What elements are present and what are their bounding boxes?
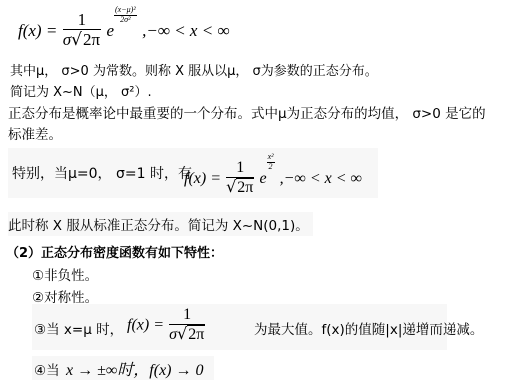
- property-1: ①非负性。: [32, 264, 98, 284]
- fraction-denominator: σ√2π: [63, 30, 101, 51]
- radicand: 2π: [236, 178, 254, 196]
- formula-range: ,−∞ < x < ∞: [142, 21, 229, 40]
- sqrt-symbol: √2π: [71, 30, 101, 51]
- paragraph-line-3: 正态分布是概率论中最重要的一个分布。式中μ为正态分布的均值， σ>0 是它的: [8, 102, 486, 122]
- property-3: ③当 x=μ 时， f(x) = 1 σ√2π 为最大值。f(x)的值随|x|递…: [32, 304, 447, 350]
- fraction-numerator: 1: [63, 11, 101, 31]
- formula-fraction: 1 σ√2π: [63, 11, 101, 51]
- sigma: σ: [169, 326, 177, 343]
- paragraph-line-4: 标准差。: [8, 123, 62, 143]
- fraction-numerator: 1: [169, 306, 205, 325]
- fraction-denominator: σ√2π: [169, 325, 205, 344]
- special-case-text: 特别，当μ=0， σ=1 时，有: [12, 163, 192, 183]
- formula-fraction: 1 σ√2π: [169, 306, 205, 344]
- formula-lhs: f(x) =: [18, 21, 57, 40]
- formula-lhs: f(x) =: [184, 170, 221, 187]
- exponent-sign: −: [117, 11, 122, 20]
- exponent: x²2: [267, 153, 275, 172]
- property-3-suffix: 为最大值。f(x)的值随|x|递增而递减。: [254, 318, 483, 338]
- sqrt-symbol: √2π: [177, 325, 205, 344]
- standard-normal-formula: f(x) = 1 √2π ex²2 ,−∞ < x < ∞: [184, 153, 362, 197]
- property-4-prefix: ④当: [34, 359, 60, 379]
- limit-formula: x → ±∞时，f(x) → 0: [66, 357, 204, 380]
- normal-pdf-formula: f(x) = 1 σ√2π e−(x−μ)²2σ² ,−∞ < x < ∞: [18, 6, 230, 51]
- exponent-denominator: 2: [267, 163, 275, 172]
- max-value-formula: f(x) = 1 σ√2π: [127, 306, 205, 344]
- fraction-denominator: √2π: [226, 178, 254, 197]
- sqrt-symbol: √2π: [226, 178, 254, 197]
- paragraph-line-1: 其中μ， σ>0 为常数。则称 X 服从以μ， σ为参数的正态分布。: [10, 60, 378, 79]
- formula-fraction: 1 √2π: [226, 159, 254, 197]
- paragraph-line-6: 此时称 X 服从标准正态分布。简记为 X~N(0,1)。: [8, 212, 313, 236]
- exponent: −(x−μ)²2σ²: [114, 6, 137, 25]
- formula-range: ,−∞ < x < ∞: [280, 170, 362, 187]
- formula-lhs: f(x) =: [127, 317, 164, 334]
- property-3-prefix: ③当 x=μ 时，: [34, 318, 123, 338]
- section-heading: （2）正态分布密度函数有如下特性：: [6, 242, 223, 261]
- radicand: 2π: [187, 325, 205, 343]
- sigma: σ: [63, 30, 71, 49]
- radicand: 2π: [82, 29, 101, 49]
- property-2: ②对称性。: [32, 286, 98, 306]
- standard-normal-line: 特别，当μ=0， σ=1 时，有 f(x) = 1 √2π ex²2 ,−∞ <…: [8, 148, 378, 198]
- euler-e: e: [259, 170, 266, 187]
- euler-e: e: [106, 21, 114, 40]
- property-4: ④当 x → ±∞时，f(x) → 0: [32, 356, 214, 380]
- fraction-numerator: 1: [226, 159, 254, 178]
- paragraph-line-2: 简记为 X~N（μ， σ²）.: [10, 81, 152, 100]
